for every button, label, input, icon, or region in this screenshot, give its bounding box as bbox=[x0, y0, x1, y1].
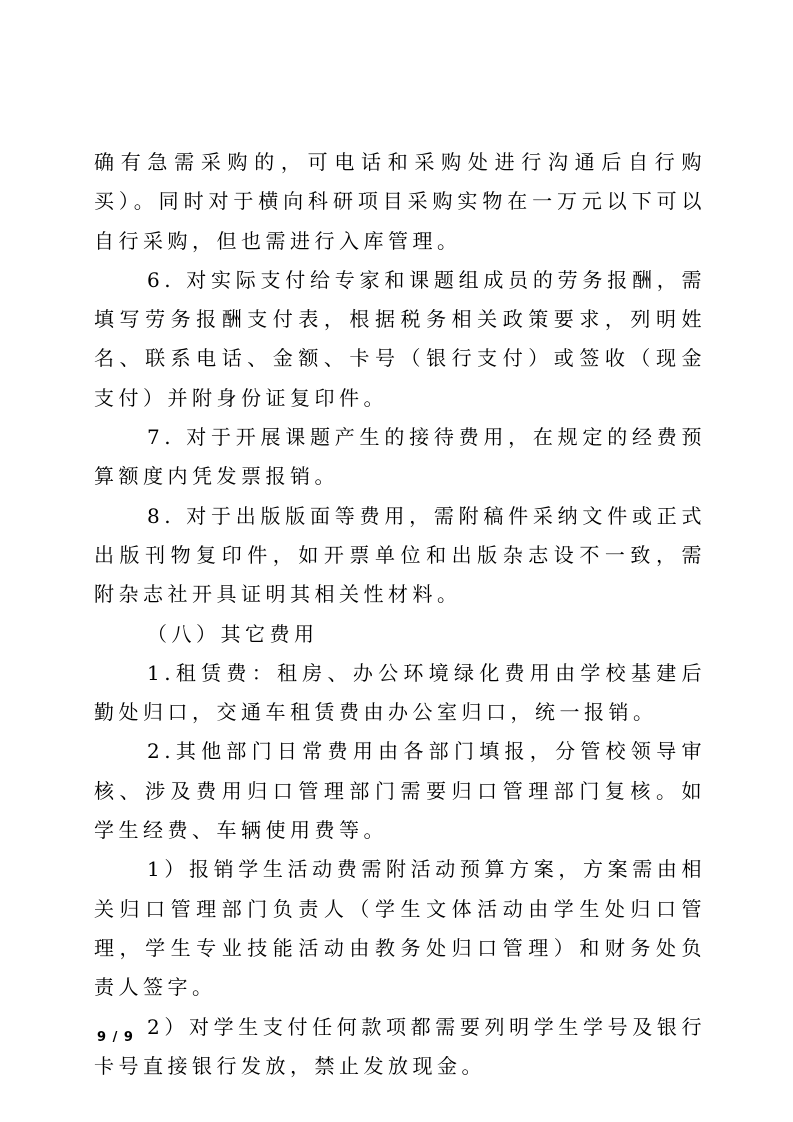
paragraph-item-8-publication-fees: 8. 对于出版版面等费用，需附稿件采纳文件或正式出版刊物复印件，如开票单位和出版… bbox=[94, 497, 706, 615]
paragraph-item-6-labor-fees: 6. 对实际支付给专家和课题组成员的劳务报酬，需填写劳务报酬支付表，根据税务相关… bbox=[94, 261, 706, 418]
paragraph-item-7-reception-fees: 7. 对于开展课题产生的接待费用，在规定的经费预算额度内凭发票报销。 bbox=[94, 418, 706, 497]
document-page: 确有急需采购的，可电话和采购处进行沟通后自行购买）。同时对于横向科研项目采购实物… bbox=[0, 0, 793, 1122]
section-heading-other-fees: （八）其它费用 bbox=[94, 615, 706, 654]
page-number: 9 / 9 bbox=[97, 1030, 134, 1045]
paragraph-student-activity-fees: 1）报销学生活动费需附活动预算方案，方案需由相关归口管理部门负责人（学生文体活动… bbox=[94, 850, 706, 1007]
document-body: 确有急需采购的，可电话和采购处进行沟通后自行购买）。同时对于横向科研项目采购实物… bbox=[94, 143, 706, 1086]
paragraph-department-daily-fees: 2.其他部门日常费用由各部门填报，分管校领导审核、涉及费用归口管理部门需要归口管… bbox=[94, 732, 706, 850]
paragraph-rental-fees: 1.租赁费：租房、办公环境绿化费用由学校基建后勤处归口，交通车租赁费由办公室归口… bbox=[94, 654, 706, 733]
paragraph-procurement-continued: 确有急需采购的，可电话和采购处进行沟通后自行购买）。同时对于横向科研项目采购实物… bbox=[94, 143, 706, 261]
paragraph-student-payments: 2）对学生支付任何款项都需要列明学生学号及银行卡号直接银行发放，禁止发放现金。 bbox=[94, 1008, 706, 1087]
